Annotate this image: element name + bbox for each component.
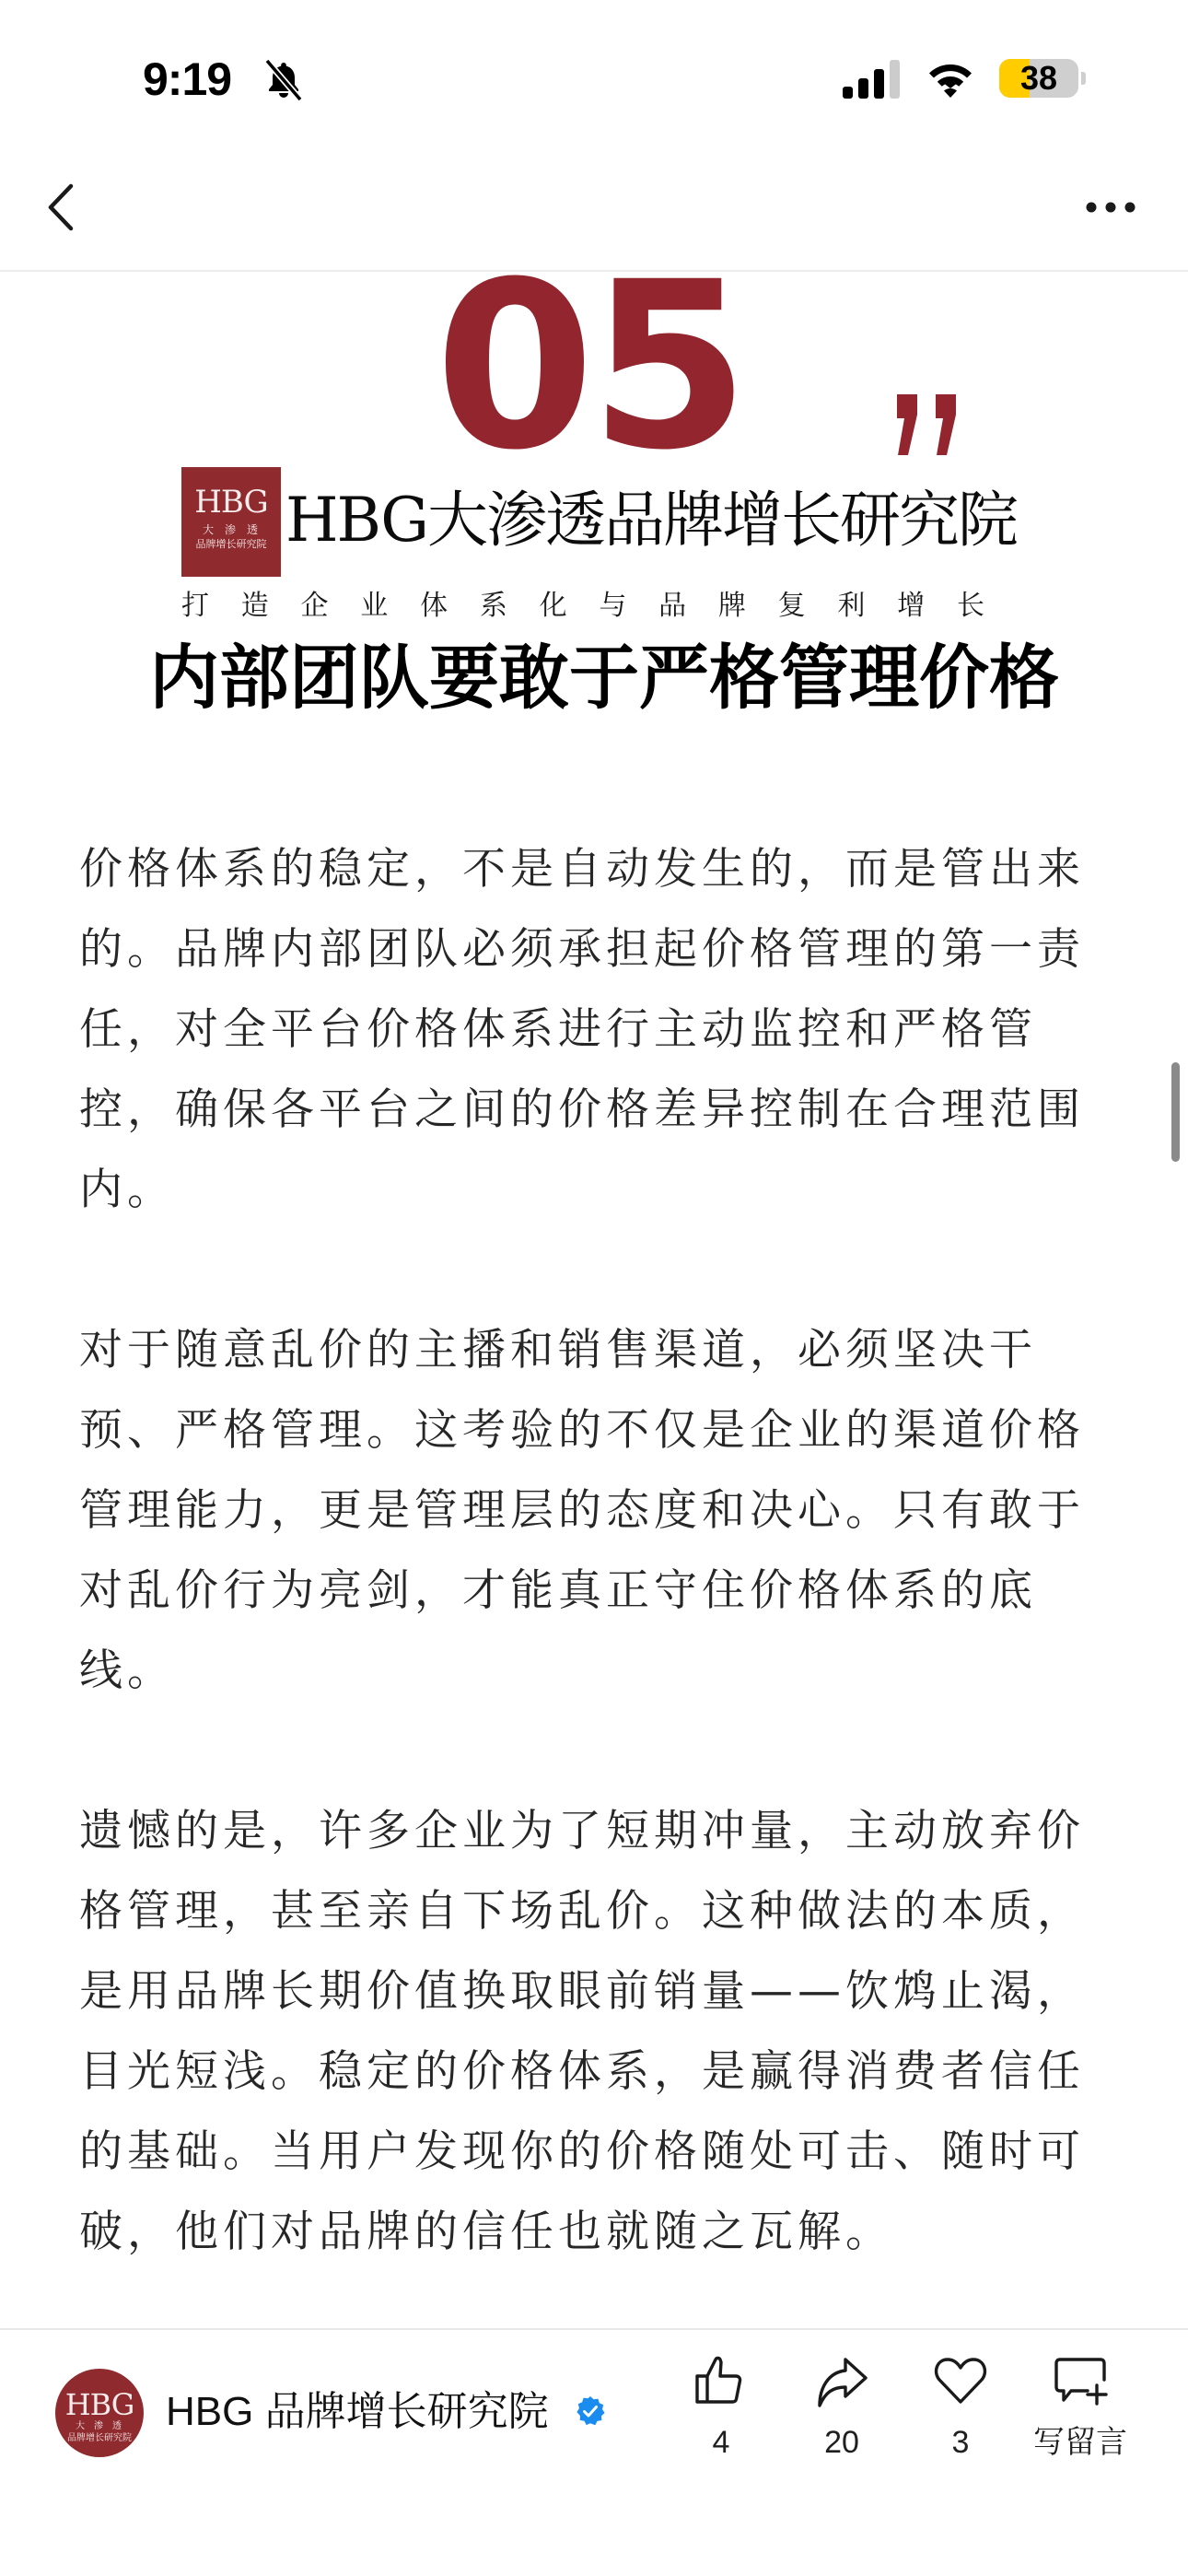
favorite-button[interactable]: 3 <box>905 2352 1016 2472</box>
avatar-hbg-text: HBG <box>55 2389 144 2420</box>
headline-char: 价 <box>919 632 989 724</box>
write-comment-button[interactable]: 写留言 <box>1025 2352 1136 2472</box>
chevron-left-icon[interactable] <box>37 177 83 238</box>
tagline-char: 企 <box>301 586 329 626</box>
quote-mark-icon <box>890 378 973 456</box>
text-line: 目光短浅。稳定的价格体系，是赢得消费者信任 <box>79 2032 1111 2112</box>
headline-char: 管 <box>779 632 849 724</box>
author-avatar[interactable]: HBG 大渗透 品牌增长研究院 <box>55 2369 144 2457</box>
text-line: 预、严格管理。这考验的不仅是企业的渠道价格 <box>79 1390 1111 1470</box>
text-line: 的。品牌内部团队必须承担起价格管理的第一责 <box>79 909 1111 989</box>
tagline-char: 系 <box>480 586 507 626</box>
write-comment-label: 写留言 <box>1025 2424 1136 2461</box>
text-line: 管理能力，更是管理层的态度和决心。只有敢于 <box>79 1470 1111 1551</box>
author-name[interactable]: HBG 品牌增长研究院 <box>166 2384 549 2440</box>
text-line: 内。 <box>79 1150 1111 1230</box>
tagline-char: 与 <box>599 586 626 626</box>
battery-level: 38 <box>999 59 1078 98</box>
logo-hbg-text: HBG <box>181 486 281 519</box>
headline-char: 理 <box>849 632 919 724</box>
headline-char: 于 <box>569 632 639 724</box>
verified-badge-icon <box>575 2395 606 2427</box>
like-count: 4 <box>666 2424 776 2461</box>
share-arrow-icon <box>812 2352 871 2411</box>
share-count: 20 <box>786 2424 897 2461</box>
bottom-bar-divider <box>0 2328 1188 2330</box>
avatar-subtitle-1: 大渗透 <box>55 2421 144 2432</box>
tagline-char: 牌 <box>718 586 746 626</box>
text-line: 对乱价行为亮剑，才能真正守住价格体系的底 <box>79 1551 1111 1631</box>
tagline-char: 复 <box>778 586 806 626</box>
paragraph: 对于随意乱价的主播和销售渠道，必须坚决干 预、严格管理。这考验的不仅是企业的渠道… <box>79 1310 1111 1711</box>
tagline-char: 利 <box>837 586 865 626</box>
ellipsis-icon[interactable] <box>1074 189 1147 226</box>
cellular-signal-icon <box>841 59 905 100</box>
headline-char: 格 <box>709 632 779 724</box>
text-line: 线。 <box>79 1631 1111 1711</box>
paragraph-gap <box>79 1711 1111 1791</box>
thumbs-up-icon <box>692 2352 751 2411</box>
text-line: 的基础。当用户发现你的价格随处可击、随时可 <box>79 2112 1111 2192</box>
tagline-char: 化 <box>540 586 567 626</box>
wifi-icon <box>924 57 977 100</box>
heart-icon <box>931 2352 990 2411</box>
battery-indicator: 38 <box>999 59 1078 98</box>
bell-slash-icon <box>262 57 306 101</box>
battery-cap <box>1081 72 1086 85</box>
like-button[interactable]: 4 <box>666 2352 776 2472</box>
article-headline: 内 部 团 队 要 敢 于 严 格 管 理 价 格 <box>149 632 1039 724</box>
text-line: 控，确保各平台之间的价格差异控制在合理范围 <box>79 1070 1111 1150</box>
headline-char: 要 <box>429 632 499 724</box>
tagline: 打 造 企 业 体 系 化 与 品 牌 复 利 增 长 <box>181 586 984 626</box>
headline-char: 团 <box>289 632 359 724</box>
scrollbar-thumb[interactable] <box>1171 1062 1180 1162</box>
text-line: 破，他们对品牌的信任也就随之瓦解。 <box>79 2192 1111 2272</box>
text-line: 是用品牌长期价值换取眼前销量——饮鸩止渴， <box>79 1951 1111 2032</box>
tagline-char: 业 <box>360 586 388 626</box>
paragraph: 价格体系的稳定，不是自动发生的，而是管出来 的。品牌内部团队必须承担起价格管理的… <box>79 829 1111 1230</box>
text-line: 遗憾的是，许多企业为了短期冲量，主动放弃价 <box>79 1791 1111 1871</box>
text-line: 任，对全平台价格体系进行主动监控和严格管 <box>79 989 1111 1070</box>
paragraph: 遗憾的是，许多企业为了短期冲量，主动放弃价 格管理，甚至亲自下场乱价。这种做法的… <box>79 1791 1111 2272</box>
org-title: HBG大渗透品牌增长研究院 <box>285 479 1017 562</box>
status-time: 9:19 <box>143 53 231 105</box>
headline-char: 队 <box>359 632 429 724</box>
article-body: 价格体系的稳定，不是自动发生的，而是管出来 的。品牌内部团队必须承担起价格管理的… <box>79 829 1111 2272</box>
brand-logo: HBG 大渗透 品牌增长研究院 <box>181 467 281 577</box>
headline-char: 内 <box>149 632 219 724</box>
logo-subtitle-1: 大渗透 <box>181 523 281 536</box>
section-number: 05 <box>435 247 744 486</box>
comment-add-icon <box>1051 2352 1110 2411</box>
share-button[interactable]: 20 <box>786 2352 897 2472</box>
favorite-count: 3 <box>905 2424 1016 2461</box>
tagline-char: 体 <box>420 586 448 626</box>
tagline-char: 长 <box>957 586 984 626</box>
headline-char: 敢 <box>499 632 569 724</box>
headline-char: 格 <box>989 632 1059 724</box>
avatar-subtitle-2: 品牌增长研究院 <box>55 2433 144 2444</box>
text-line: 对于随意乱价的主播和销售渠道，必须坚决干 <box>79 1310 1111 1390</box>
headline-char: 部 <box>219 632 289 724</box>
headline-char: 严 <box>639 632 709 724</box>
tagline-char: 打 <box>181 586 209 626</box>
tagline-char: 造 <box>241 586 269 626</box>
tagline-char: 增 <box>897 586 925 626</box>
tagline-char: 品 <box>658 586 686 626</box>
logo-subtitle-2: 品牌增长研究院 <box>181 538 281 551</box>
text-line: 价格体系的稳定，不是自动发生的，而是管出来 <box>79 829 1111 909</box>
paragraph-gap <box>79 1230 1111 1310</box>
text-line: 格管理，甚至亲自下场乱价。这种做法的本质， <box>79 1871 1111 1951</box>
